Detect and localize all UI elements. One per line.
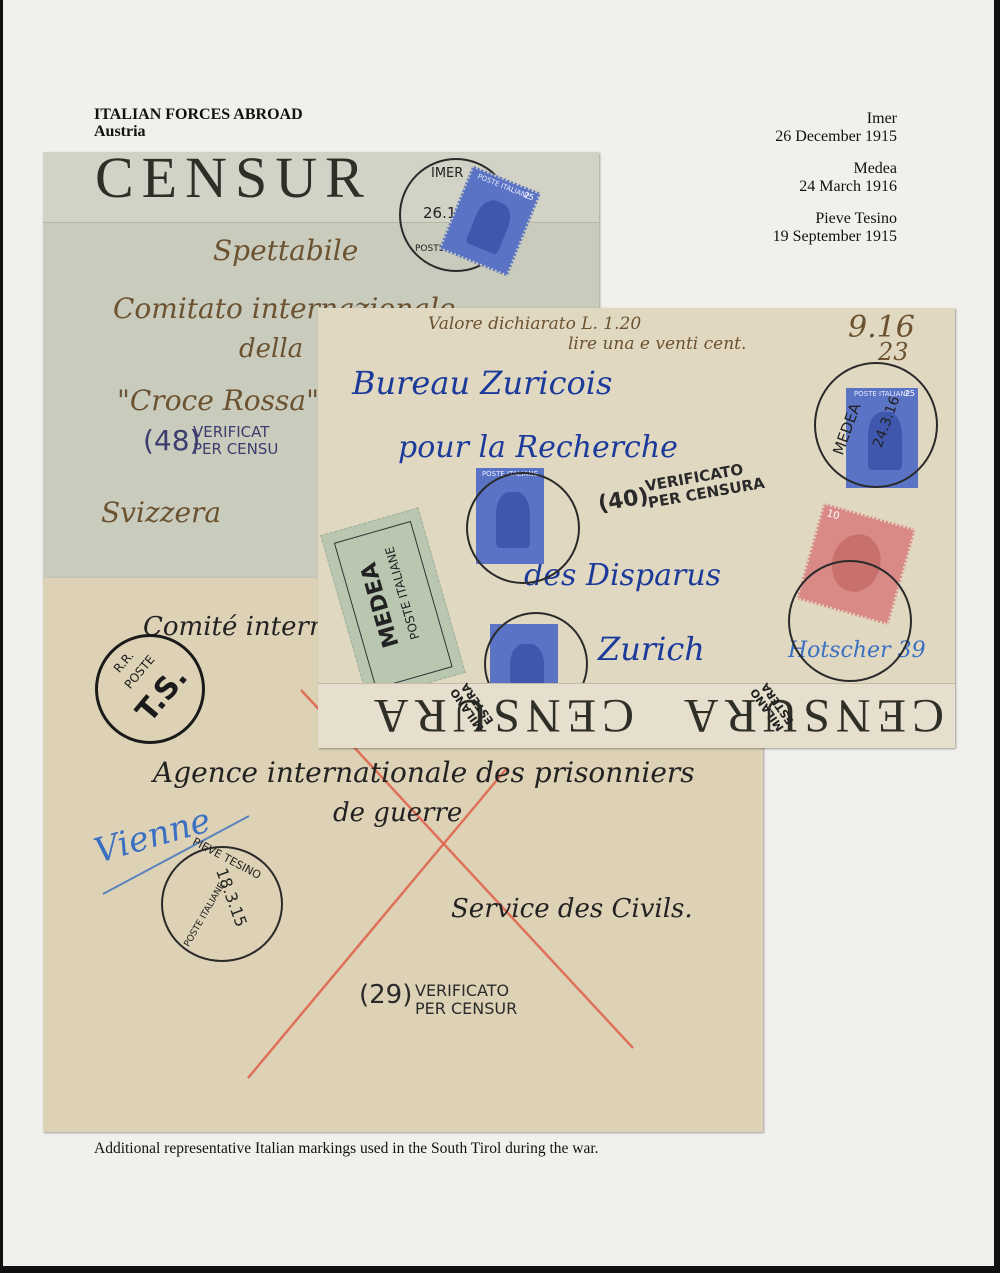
censor-band-text: CENSURA xyxy=(368,688,634,743)
address-line: Agence internationale des prisonniers xyxy=(153,756,695,789)
censor-band: CENSURA CENSURA MILANO ESTERA MILANO EST… xyxy=(318,683,955,748)
page-heading: ITALIAN FORCES ABROAD Austria xyxy=(94,106,303,140)
cover-medea: Valore dichiarato L. 1.20 lire una e ven… xyxy=(318,308,955,748)
censor-mark-number: (40) xyxy=(596,484,650,517)
address-line: Svizzera xyxy=(101,496,221,529)
address-line: della xyxy=(239,334,303,364)
censor-band-text: CENSUR xyxy=(95,152,372,211)
index-entry-medea: Medea 24 March 1916 xyxy=(773,160,897,196)
declared-value-note: Valore dichiarato L. 1.20 xyxy=(428,314,641,334)
index-place: Imer xyxy=(773,110,897,128)
index-date: 19 September 1915 xyxy=(773,228,897,246)
covers-index: Imer 26 December 1915 Medea 24 March 191… xyxy=(773,110,897,260)
postmark-medea xyxy=(788,560,912,682)
index-date: 26 December 1915 xyxy=(773,128,897,146)
index-entry-imer: Imer 26 December 1915 xyxy=(773,110,897,146)
address-line: Spettabile xyxy=(213,234,358,267)
index-place: Medea xyxy=(773,160,897,178)
censor-mark-text: VERIFICAT PER CENSU xyxy=(193,424,278,458)
censor-mark-text: VERIFICATO PER CENSURA xyxy=(644,458,766,512)
index-place: Pieve Tesino xyxy=(773,210,897,228)
postmark-pieve-tesino: PIEVE TESINO 18.3.15 POSTE ITALIANE xyxy=(161,846,283,962)
page-title: ITALIAN FORCES ABROAD xyxy=(94,106,303,123)
censor-mark-number: (48) xyxy=(143,424,200,457)
registration-label: MEDEA POSTE ITALIANE xyxy=(320,507,465,700)
address-line: Service des Civils. xyxy=(451,894,693,924)
page-subtitle: Austria xyxy=(94,123,303,140)
address-line: pour la Recherche xyxy=(398,430,678,465)
censor-mark-number: (29) xyxy=(359,980,412,1010)
address-line: Bureau Zuricois xyxy=(352,364,612,402)
declared-value-note: lire una e venti cent. xyxy=(568,334,746,354)
index-entry-pieve-tesino: Pieve Tesino 19 September 1915 xyxy=(773,210,897,246)
address-line: Zurich xyxy=(598,630,705,668)
censor-band-text: CENSURA xyxy=(678,688,944,743)
album-page: ITALIAN FORCES ABROAD Austria Imer 26 De… xyxy=(3,0,994,1266)
postmark-medea xyxy=(466,472,580,584)
censor-mark-text: VERIFICATO PER CENSUR xyxy=(415,982,517,1018)
page-caption: Additional representative Italian markin… xyxy=(94,1140,599,1158)
portrait-icon xyxy=(465,196,515,255)
address-line: de guerre xyxy=(333,798,462,828)
address-line: "Croce Rossa" xyxy=(117,384,319,417)
postmark-medea: MEDEA 24.3.16 xyxy=(814,362,938,488)
index-date: 24 March 1916 xyxy=(773,178,897,196)
